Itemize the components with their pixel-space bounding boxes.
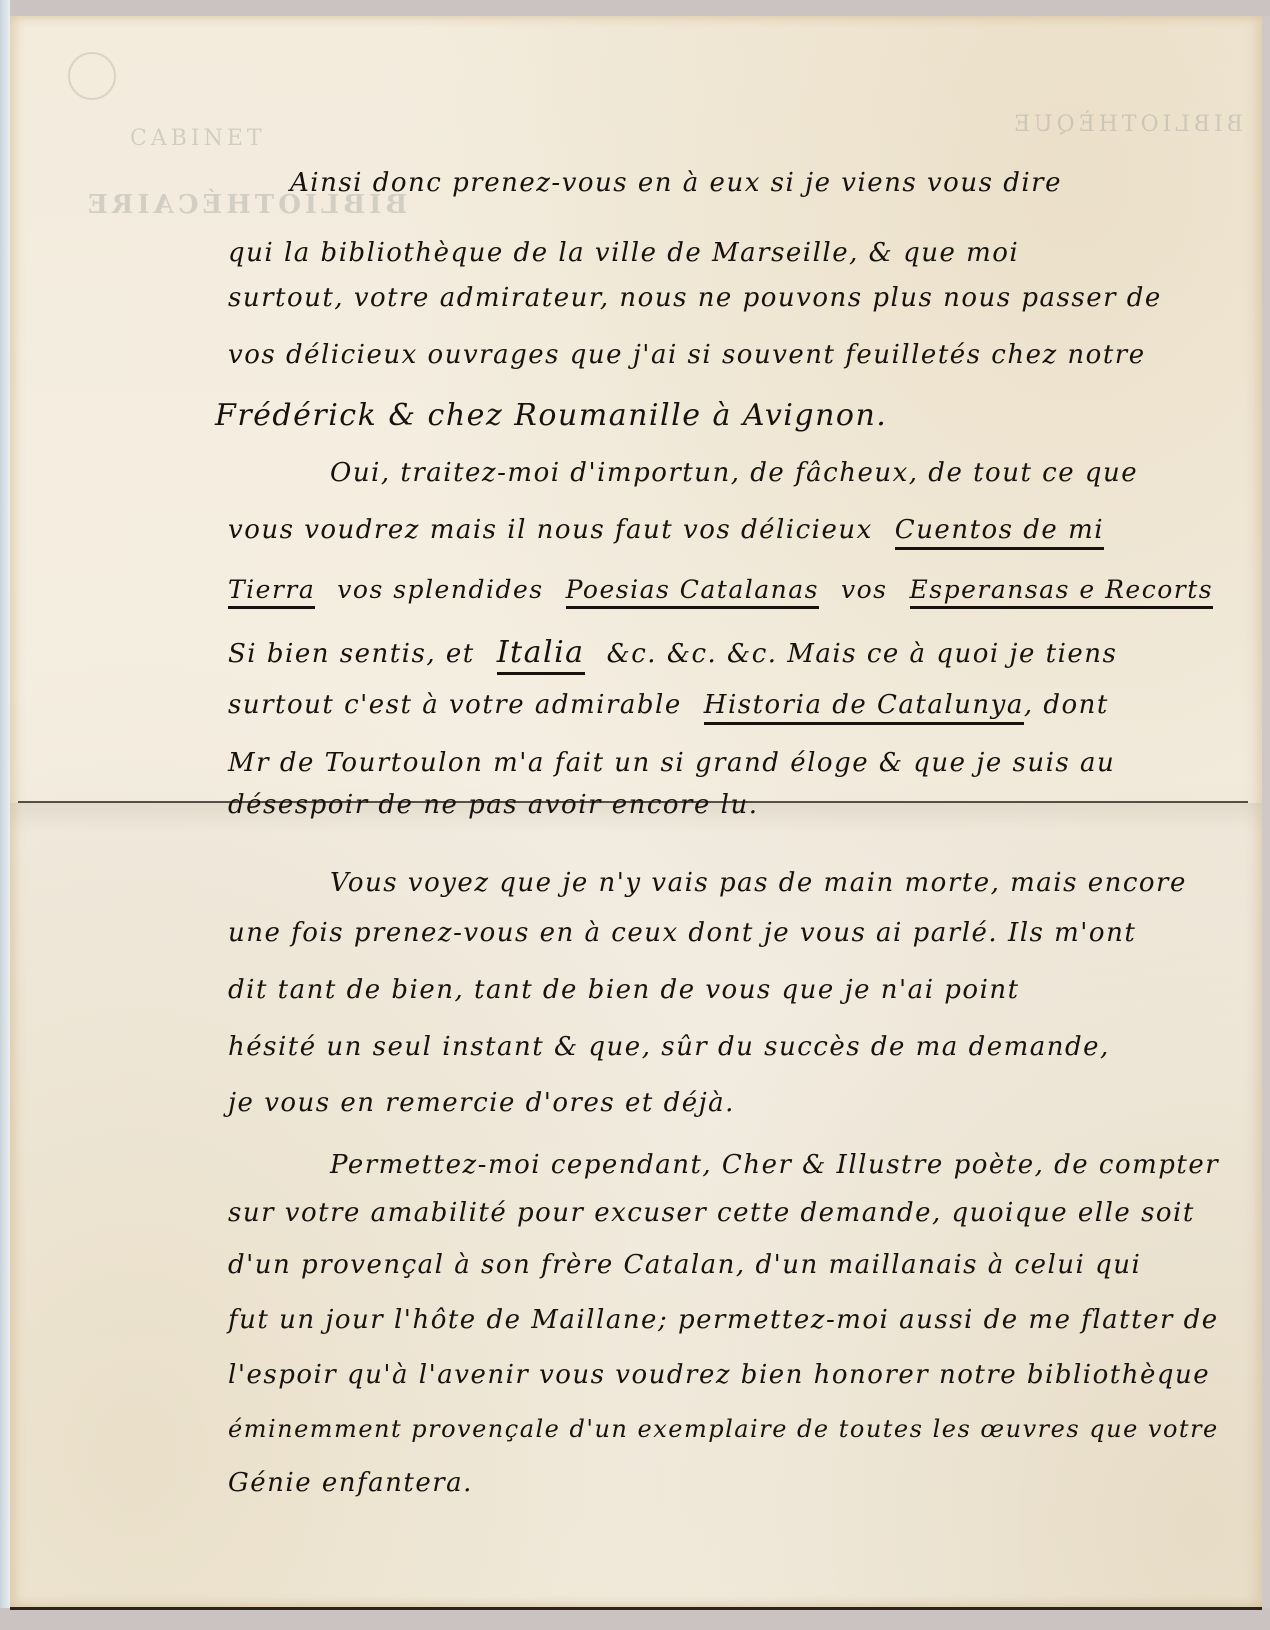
letter-line-21: fut un jour l'hôte de Maillane; permette… [228, 1305, 1219, 1335]
title-italia: Italia [497, 635, 585, 675]
scan-background-top [0, 0, 1270, 16]
scan-background-bottom [0, 1608, 1270, 1630]
letter-line-9-rest: &c. &c. &c. Mais ce à quoi je tiens [607, 639, 1118, 669]
letter-line-10-dont: , dont [1024, 690, 1109, 720]
letter-line-10-text: surtout c'est à votre admirable [228, 690, 682, 720]
letter-line-6: Oui, traitez-moi d'importun, de fâcheux,… [330, 458, 1138, 488]
title-tierra: Tierra [228, 575, 315, 609]
letter-line-9: Si bien sentis, etItalia&c. &c. &c. Mais… [228, 635, 1117, 670]
letter-line-14: une fois prenez-vous en à ceux dont je v… [228, 918, 1136, 948]
letter-line-16: hésité un seul instant & que, sûr du suc… [228, 1032, 1110, 1062]
letter-line-3: surtout, votre admirateur, nous ne pouvo… [228, 283, 1162, 313]
title-esperansas-e-recorts: Esperansas e Recorts [910, 575, 1214, 609]
letter-line-15: dit tant de bien, tant de bien de vous q… [228, 975, 1020, 1005]
title-poesias-catalanas: Poesias Catalanas [566, 575, 819, 609]
letter-line-2: qui la bibliothèque de la ville de Marse… [228, 238, 1019, 268]
letter-line-22: l'espoir qu'à l'avenir vous voudrez bien… [228, 1360, 1210, 1390]
letter-line-11: Mr de Tourtoulon m'a fait un si grand él… [228, 748, 1115, 778]
letter-line-9-text: Si bien sentis, et [228, 639, 475, 669]
scan-left-edge [0, 0, 10, 1630]
letter-line-1: Ainsi donc prenez-vous en à eux si je vi… [290, 168, 1062, 198]
letter-line-23: éminemment provençale d'un exemplaire de… [228, 1415, 1219, 1443]
letter-line-8-vos: vos [841, 575, 888, 604]
title-cuentos-de-mi-tierra: Cuentos de mi [895, 515, 1104, 550]
letterhead-stamp-bibliotheque: BIBLIOTHÈQUE [1010, 112, 1243, 137]
letter-line-19: sur votre amabilité pour excuser cette d… [228, 1198, 1195, 1228]
letter-line-4: vos délicieux ouvrages que j'ai si souve… [228, 340, 1146, 370]
letter-line-24: Génie enfantera. [228, 1468, 473, 1498]
letter-line-13: Vous voyez que je n'y vais pas de main m… [330, 868, 1187, 898]
embossed-seal-icon [68, 52, 116, 100]
letter-line-8: Tierravos splendidesPoesias Catalanasvos… [228, 575, 1213, 604]
letter-line-12: désespoir de ne pas avoir encore lu. [228, 790, 758, 820]
letter-line-7: vous voudrez mais il nous faut vos délic… [228, 515, 1104, 545]
letter-line-10: surtout c'est à votre admirableHistoria … [228, 690, 1109, 720]
letter-line-7-text: vous voudrez mais il nous faut vos délic… [228, 515, 873, 545]
letter-line-18: Permettez-moi cependant, Cher & Illustre… [330, 1150, 1219, 1180]
title-historia-de-catalunya: Historia de Catalunya [704, 690, 1024, 725]
letterhead-stamp-cabinet: CABINET [130, 126, 266, 151]
letter-line-20: d'un provençal à son frère Catalan, d'un… [228, 1250, 1141, 1280]
letter-line-17: je vous en remercie d'ores et déjà. [228, 1088, 735, 1118]
letter-line-5: Frédérick & chez Roumanille à Avignon. [215, 398, 887, 433]
letter-line-8-text: vos splendides [337, 575, 543, 604]
